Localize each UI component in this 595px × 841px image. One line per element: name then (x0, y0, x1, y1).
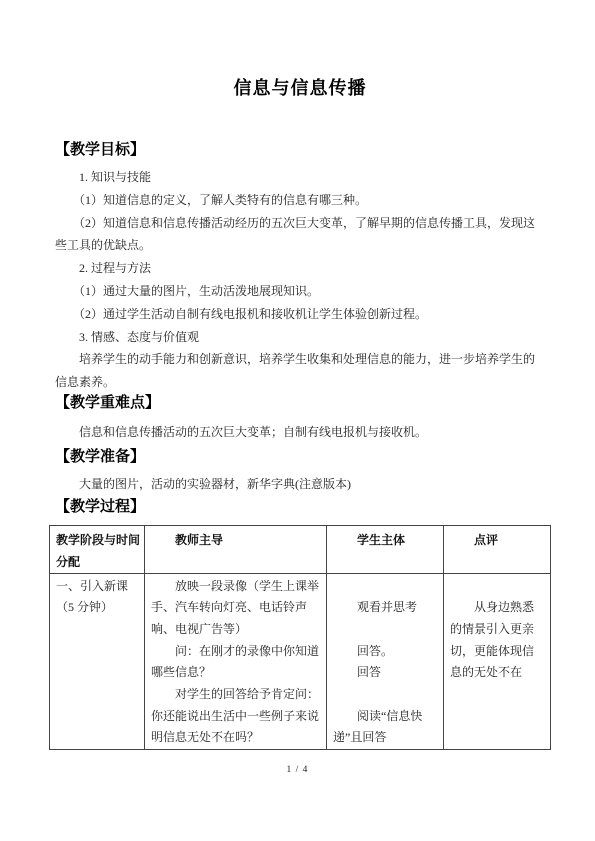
text-line: （1）知道信息的定义，了解人类特有的信息有哪三种。 (55, 189, 545, 212)
page-number: 1 / 4 (0, 765, 595, 775)
table-cell-stage-time: 一、引入新课（5 分钟） (50, 573, 145, 750)
text-line: 回答 (333, 662, 437, 684)
section-heading-key-points: 【教学重难点】 (55, 391, 545, 415)
text-line (333, 684, 437, 706)
text-line: 3. 情感、态度与价值观 (55, 326, 545, 349)
text-line: 学生主体 (333, 529, 437, 551)
text-line: 放映一段录像（学生上课举 (151, 576, 320, 598)
text-line: 明信息无处不在吗？ (151, 727, 320, 749)
document-title: 信息与信息传播 (55, 75, 545, 101)
page-content: 信息与信息传播 【教学目标】 1. 知识与技能 （1）知道信息的定义，了解人类特… (0, 75, 595, 750)
text-line: （2）知道信息和信息传播活动经历的五次巨大变革，了解早期的信息传播工具，发现这 (55, 212, 545, 235)
document-page: 信息与信息传播 【教学目标】 1. 知识与技能 （1）知道信息的定义，了解人类特… (0, 0, 595, 841)
section-objectives-text: 1. 知识与技能 （1）知道信息的定义，了解人类特有的信息有哪三种。 （2）知道… (55, 166, 545, 394)
text-line: 观看并思考 (333, 597, 437, 619)
text-line: 你还能说出生活中一些例子来说 (151, 706, 320, 728)
text-line: 教师主导 (151, 529, 320, 551)
text-line: 对学生的回答给予肯定问： (151, 684, 320, 706)
section-key-points-text: 信息和信息传播活动的五次巨大变革；自制有线电报机与接收机。 (55, 421, 545, 444)
table-header-comments: 点评 (444, 525, 551, 573)
text-line: 教学阶段与时间 (56, 529, 138, 551)
text-line (450, 576, 544, 598)
section-heading-preparation: 【教学准备】 (55, 445, 545, 469)
table-row: 一、引入新课（5 分钟） 放映一段录像（学生上课举手、汽车转向灯亮、电话铃声响、… (50, 573, 551, 750)
text-line: 问：在刚才的录像中你知道 (151, 641, 320, 663)
text-line: 一、引入新课 (56, 576, 138, 598)
text-line: 手、汽车转向灯亮、电话铃声 (151, 597, 320, 619)
text-line: 大量的图片，活动的实验器材，新华字典(注意版本) (55, 473, 545, 496)
text-line (333, 576, 437, 598)
table-cell-comments: 从身边熟悉的情景引入更亲切，更能体现信息的无处不在 (444, 573, 551, 750)
text-line: 响、电视广告等） (151, 619, 320, 641)
text-line: 分配 (56, 551, 138, 573)
text-line: 回答。 (333, 641, 437, 663)
text-line: 的情景引入更亲 (450, 619, 544, 641)
text-line: 哪些信息？ (151, 662, 320, 684)
text-line: （5 分钟） (56, 597, 138, 619)
teaching-process-table: 教学阶段与时间分配 教师主导 学生主体 点评 一、引入新课（5 分钟） 放映一段… (49, 525, 551, 751)
table-cell-student-body: 观看并思考 回答。 回答 阅读“信息快递”且回答 (327, 573, 444, 750)
text-line: 切，更能体现信 (450, 641, 544, 663)
table-cell-teacher-lead: 放映一段录像（学生上课举手、汽车转向灯亮、电话铃声响、电视广告等） 问：在刚才的… (145, 573, 327, 750)
text-line (333, 619, 437, 641)
text-line: 息的无处不在 (450, 662, 544, 684)
section-heading-process: 【教学过程】 (55, 495, 545, 519)
text-line: 些工具的优缺点。 (55, 234, 545, 257)
text-line: 从身边熟悉 (450, 597, 544, 619)
text-line: 递”且回答 (333, 727, 437, 749)
text-line: 点评 (450, 529, 544, 551)
table-header-teacher-lead: 教师主导 (145, 525, 327, 573)
table-header-row: 教学阶段与时间分配 教师主导 学生主体 点评 (50, 525, 551, 573)
text-line: 1. 知识与技能 (55, 166, 545, 189)
table-header-student-body: 学生主体 (327, 525, 444, 573)
section-preparation-text: 大量的图片，活动的实验器材，新华字典(注意版本) (55, 473, 545, 496)
text-line: 2. 过程与方法 (55, 257, 545, 280)
section-heading-objectives: 【教学目标】 (55, 138, 545, 162)
text-line: 阅读“信息快 (333, 706, 437, 728)
text-line: （2）通过学生活动自制有线电报机和接收机让学生体验创新过程。 (55, 303, 545, 326)
text-line: 培养学生的动手能力和创新意识，培养学生收集和处理信息的能力，进一步培养学生的 (55, 348, 545, 371)
text-line: （1）通过大量的图片，生动活泼地展现知识。 (55, 280, 545, 303)
table-header-stage-time: 教学阶段与时间分配 (50, 525, 145, 573)
text-line: 信息和信息传播活动的五次巨大变革；自制有线电报机与接收机。 (55, 421, 545, 444)
